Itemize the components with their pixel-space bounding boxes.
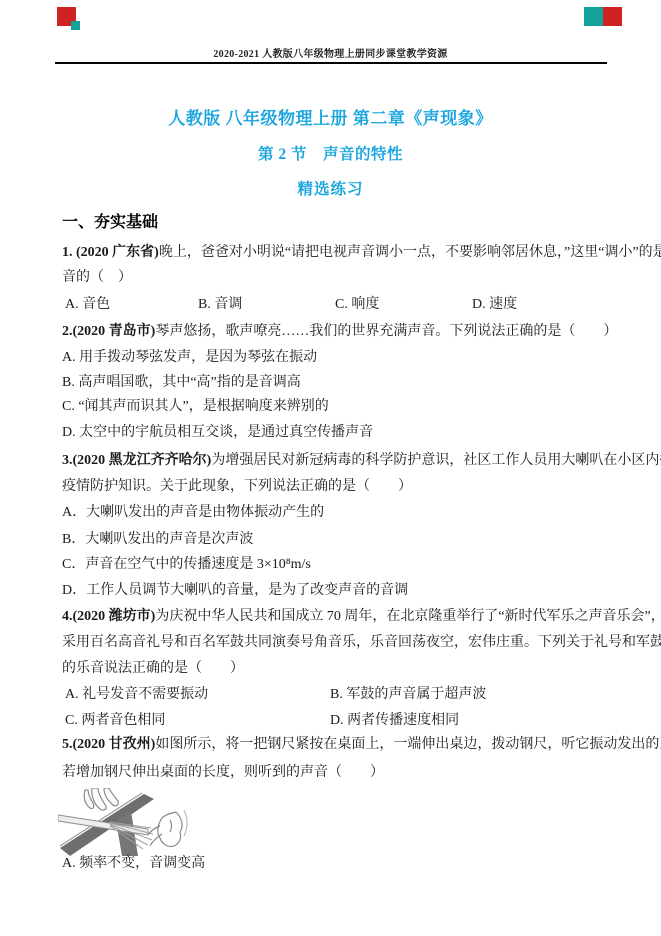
header-divider (55, 62, 607, 64)
lesson-title: 第 2 节 声音的特性 (0, 142, 661, 164)
option-1d: D. 速度 (472, 295, 517, 315)
running-header: 2020-2021 人教版八年级物理上册同步课堂教学资源 (0, 45, 661, 60)
option-3b: B．大喇叭发出的声音是次声波 (62, 530, 631, 550)
ruler-figure-drawing (58, 788, 190, 856)
question-1-line-1: 1. (2020 广东省)晚上，爸爸对小明说“请把电视声音调小一点，不要影响邻居… (62, 243, 631, 263)
question-4-line-2: 采用百名高音礼号和百名军鼓共同演奏号角音乐，乐音回荡夜空，宏伟庄重。下列关于礼号… (62, 633, 631, 653)
chapter-title: 人教版 八年级物理上册 第二章《声现象》 (0, 104, 661, 129)
figure-ruler-experiment (58, 788, 190, 856)
question-5-line-1: 5.(2020 甘孜州)如图所示，将一把钢尺紧按在桌面上，一端伸出桌边，拨动钢尺… (62, 735, 631, 755)
question-1-number: 1. (2020 广东省) (62, 245, 159, 260)
question-2-number: 2.(2020 青岛市) (62, 324, 155, 339)
question-4-line-3: 的乐音说法正确的是（ ） (62, 659, 631, 679)
question-3-line-2: 疫情防护知识。关于此现象，下列说法正确的是（ ） (62, 477, 631, 497)
option-4a: A. 礼号发音不需要振动 (65, 685, 208, 705)
question-4-line-1: 4.(2020 潍坊市)为庆祝中华人民共和国成立 70 周年，在北京隆重举行了“… (62, 607, 631, 627)
question-3-number: 3.(2020 黑龙江齐齐哈尔) (62, 453, 211, 468)
question-4-number: 4.(2020 潍坊市) (62, 609, 155, 624)
option-1c: C. 响度 (335, 295, 379, 315)
question-5-text: 如图所示，将一把钢尺紧按在桌面上，一端伸出桌边，拨动钢尺，听它振动发出的声音。 (155, 737, 661, 752)
option-2b: B. 高声唱国歌，其中“高”指的是音调高 (62, 373, 631, 393)
question-1-text: 晚上，爸爸对小明说“请把电视声音调小一点，不要影响邻居休息，”这里“调小”的是声 (159, 245, 661, 260)
option-4b: B. 军鼓的声音属于超声波 (330, 685, 486, 705)
question-3-line-1: 3.(2020 黑龙江齐齐哈尔)为增强居民对新冠病毒的科学防护意识，社区工作人员… (62, 451, 631, 471)
question-2-line-1: 2.(2020 青岛市)琴声悠扬，歌声嘹亮……我们的世界充满声音。下列说法正确的… (62, 322, 631, 342)
corner-marker-teal-top-left (71, 21, 80, 30)
option-1b: B. 音调 (198, 295, 242, 315)
plucking-hand (148, 812, 182, 847)
motion-arc (184, 810, 187, 836)
section-heading: 一、夯实基础 (62, 209, 158, 232)
worksheet-page: 2020-2021 人教版八年级物理上册同步课堂教学资源 人教版 八年级物理上册… (0, 0, 661, 936)
question-1-line-2: 音的（ ） (62, 268, 631, 288)
option-3d: D．工作人员调节大喇叭的音量，是为了改变声音的音调 (62, 581, 631, 601)
option-1a: A. 音色 (65, 295, 110, 315)
option-2d: D. 太空中的宇航员相互交谈，是通过真空传播声音 (62, 423, 631, 443)
option-4c: C. 两者音色相同 (65, 711, 165, 731)
option-2c: C. “闻其声而识其人”，是根据响度来辨别的 (62, 397, 631, 417)
option-2a: A. 用手拨动琴弦发声，是因为琴弦在振动 (62, 348, 631, 368)
subtitle-practice: 精选练习 (0, 177, 661, 199)
question-5-line-2: 若增加钢尺伸出桌面的长度，则听到的声音（ ） (62, 763, 631, 783)
option-4d: D. 两者传播速度相同 (330, 711, 459, 731)
option-5a: A. 频率不变，音调变高 (62, 854, 631, 874)
question-4-text: 为庆祝中华人民共和国成立 70 周年，在北京隆重举行了“新时代军乐之声音乐会”，… (155, 609, 661, 624)
option-3a: A．大喇叭发出的声音是由物体振动产生的 (62, 503, 631, 523)
question-2-text: 琴声悠扬，歌声嘹亮……我们的世界充满声音。下列说法正确的是（ ） (155, 324, 617, 339)
option-3c: C．声音在空气中的传播速度是 3×10⁸m/s (62, 555, 631, 575)
corner-marker-teal-top-right (584, 7, 603, 26)
corner-marker-red-top-right (603, 7, 622, 26)
pressing-hand (84, 788, 118, 810)
question-3-text: 为增强居民对新冠病毒的科学防护意识，社区工作人员用大喇叭在小区内播放 (211, 453, 661, 468)
question-5-number: 5.(2020 甘孜州) (62, 737, 155, 752)
